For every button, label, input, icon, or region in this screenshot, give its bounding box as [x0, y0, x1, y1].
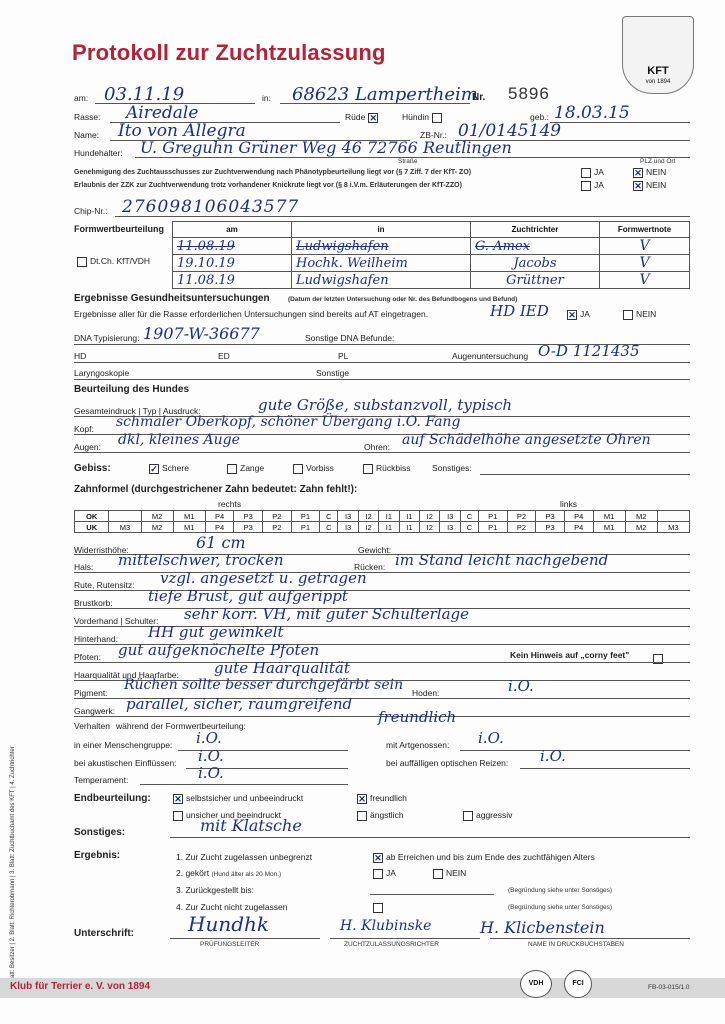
- genehmigung-text: Genehmigung des Zuchtausschusses zur Zuc…: [74, 169, 471, 176]
- name-label: Name:: [74, 130, 99, 140]
- brust-value[interactable]: tiefe Brust, gut aufgerippt: [148, 587, 348, 605]
- tooth-cell: M1: [173, 511, 205, 522]
- fci-logo-icon: FCI: [564, 970, 592, 998]
- tooth-cell: I3: [440, 522, 460, 533]
- tooth-cell: M1: [593, 511, 625, 522]
- tooth-cell: P1: [478, 522, 507, 533]
- dna-value[interactable]: 1907-W-36677: [143, 324, 260, 343]
- tooth-cell: P2: [263, 511, 292, 522]
- tooth-cell: M3: [109, 522, 141, 533]
- signature-pruefungsleiter: Hundhk: [188, 912, 269, 936]
- tooth-cell: I1: [399, 511, 419, 522]
- menschengruppe-value[interactable]: i.O.: [196, 729, 222, 747]
- tooth-cell: M1: [173, 522, 205, 533]
- tooth-cell: M3: [657, 522, 689, 533]
- tooth-cell: P4: [205, 522, 234, 533]
- kopf-value[interactable]: schmaler Oberkopf, schöner Übergang i.O.…: [116, 414, 460, 430]
- vorderhand-value[interactable]: sehr korr. VH, mit guter Schulterlage: [184, 605, 469, 623]
- schere-checkbox[interactable]: ✓: [149, 464, 159, 474]
- genehmigung-ja-checkbox[interactable]: [581, 168, 591, 178]
- gekoert-ja-checkbox[interactable]: [373, 869, 383, 879]
- tooth-cell: I1: [379, 511, 399, 522]
- tooth-cell: P1: [478, 511, 507, 522]
- tooth-cell: OK: [75, 511, 109, 522]
- tooth-cell: [657, 511, 689, 522]
- erlaubnis-text: Erlaubnis der ZZK zur Zuchtverwendung tr…: [74, 182, 462, 189]
- rute-value[interactable]: vzgl. angesetzt u. getragen: [160, 569, 367, 587]
- tooth-cell: M2: [141, 522, 173, 533]
- vorbiss-checkbox[interactable]: [293, 464, 303, 474]
- akustisch-value[interactable]: i.O.: [198, 747, 224, 765]
- aggressiv-checkbox[interactable]: [463, 811, 473, 821]
- huendin-label: Hündin: [402, 112, 445, 123]
- am-label: am:: [74, 93, 88, 103]
- tooth-cell: C: [320, 522, 338, 533]
- nr-value: 5896: [508, 84, 550, 104]
- zuchtfaehig-checkbox[interactable]: ✕: [373, 853, 383, 863]
- gesundheit-title: Ergebnisse Gesundheitsuntersuchungen: [74, 293, 270, 304]
- widerrist-value[interactable]: 61 cm: [196, 533, 246, 552]
- haar-value[interactable]: gute Haarqualität: [214, 659, 350, 677]
- dt-ch-checkbox[interactable]: [77, 257, 87, 267]
- tooth-cell: C: [460, 511, 478, 522]
- rasse-label: Rasse:: [74, 112, 100, 122]
- copy-distribution-note: 1. Blatt: Besitzer | 2. Blatt: Richterob…: [10, 746, 16, 990]
- page-title: Protokoll zur Zuchtzulassung: [72, 40, 386, 66]
- gesundheit-handwritten: HD IED: [490, 302, 549, 320]
- kft-club-logo-icon: KFT von 1894: [622, 16, 694, 94]
- pigment-value[interactable]: Rüchen sollte besser durchgefärbt sein: [124, 677, 403, 693]
- tooth-cell: I1: [399, 522, 419, 533]
- tooth-cell: P2: [507, 522, 536, 533]
- ohren-value[interactable]: auf Schädelhöhe angesetzte Ohren: [402, 432, 651, 448]
- tooth-cell: P4: [205, 511, 234, 522]
- vdh-logo-icon: VDH: [520, 970, 552, 998]
- formwert-row: 11.08.19 Ludwigshafen Grüttner V: [173, 272, 690, 289]
- augen-value[interactable]: dkl, kleines Auge: [118, 432, 240, 448]
- selbstsicher-checkbox[interactable]: ✕: [173, 794, 183, 804]
- tooth-cell: I2: [420, 522, 440, 533]
- tooth-cell: I3: [338, 511, 358, 522]
- signature-druckbuchstaben: H. Klicbenstein: [480, 918, 605, 937]
- aengstlich-checkbox[interactable]: [357, 811, 367, 821]
- am-value[interactable]: 03.11.19: [104, 84, 184, 105]
- nicht-zugelassen-checkbox[interactable]: [373, 903, 383, 913]
- hals-value[interactable]: mittelschwer, trocken: [118, 551, 284, 569]
- gangwerk-value[interactable]: parallel, sicher, raumgreifend: [126, 695, 352, 713]
- in-label: in:: [262, 93, 271, 103]
- verhalten-value[interactable]: freundlich: [378, 708, 456, 726]
- gesundheit-nein-checkbox[interactable]: [623, 310, 633, 320]
- genehmigung-nein-checkbox[interactable]: ✕: [633, 168, 643, 178]
- halter-label: Hundehalter:: [74, 148, 123, 158]
- tooth-cell: M2: [625, 522, 657, 533]
- tooth-cell: UK: [75, 522, 109, 533]
- freundlich-checkbox[interactable]: ✕: [357, 794, 367, 804]
- protocol-page: Protokoll zur Zuchtzulassung KFT von 189…: [0, 0, 725, 1024]
- tooth-cell: M2: [141, 511, 173, 522]
- tooth-cell: M2: [625, 511, 657, 522]
- artgenossen-value[interactable]: i.O.: [478, 729, 504, 747]
- gesundheit-ja-checkbox[interactable]: ✕: [567, 310, 577, 320]
- huendin-checkbox[interactable]: [432, 113, 442, 123]
- zahnformel-table: OKM2M1P4P3P2P1CI3I2I1I1I2I3CP1P2P3P4M1M2…: [74, 510, 690, 533]
- footer: Klub für Terrier e. V. von 1894 VDH FCI …: [0, 978, 725, 1024]
- tooth-cell: P2: [507, 511, 536, 522]
- tooth-cell: I1: [379, 522, 399, 533]
- halter-value[interactable]: U. Greguhn Grüner Weg 46 72766 Reutlinge…: [140, 138, 512, 157]
- tooth-cell: P1: [291, 511, 320, 522]
- tooth-cell: P3: [536, 522, 565, 533]
- tooth-cell: I2: [358, 522, 378, 533]
- rasse-value[interactable]: Airedale: [126, 103, 198, 123]
- ruecken-value[interactable]: im Stand leicht nachgebend: [395, 551, 608, 569]
- tooth-cell: I2: [358, 511, 378, 522]
- pfoten-value[interactable]: gut aufgeknöchelte Pfoten: [118, 641, 319, 659]
- tooth-cell: I3: [338, 522, 358, 533]
- formwert-row: 19.10.19 Hochk. Weilheim Jacobs V: [173, 255, 690, 272]
- gekoert-nein-checkbox[interactable]: [433, 869, 443, 879]
- tooth-cell: [109, 511, 141, 522]
- rueckbiss-checkbox[interactable]: [363, 464, 373, 474]
- tooth-cell: P3: [234, 522, 263, 533]
- nr-label: Nr.: [472, 92, 485, 103]
- tooth-cell: P3: [536, 511, 565, 522]
- tooth-cell: P4: [564, 522, 593, 533]
- signature-zuchtrichter: H. Klubinske: [340, 918, 431, 934]
- tooth-cell: P3: [234, 511, 263, 522]
- augenuntersuchung-value[interactable]: O-D 1121435: [538, 342, 640, 360]
- tooth-cell: C: [460, 522, 478, 533]
- ruede-checkbox[interactable]: ✕: [368, 113, 378, 123]
- tooth-cell: P1: [291, 522, 320, 533]
- tooth-cell: I2: [420, 511, 440, 522]
- zange-checkbox[interactable]: [227, 464, 237, 474]
- ruede-label: Rüde✕: [345, 112, 381, 123]
- tooth-cell: M1: [593, 522, 625, 533]
- tooth-cell: C: [320, 511, 338, 522]
- formwert-title: Formwertbeurteilung: [74, 224, 164, 234]
- geb-value[interactable]: 18.03.15: [554, 103, 630, 123]
- unsicher-checkbox[interactable]: [173, 811, 183, 821]
- tooth-cell: P2: [263, 522, 292, 533]
- temperament-value[interactable]: i.O.: [198, 764, 224, 782]
- hoden-value[interactable]: i.O.: [508, 677, 534, 695]
- sonstiges-value[interactable]: mit Klatsche: [200, 816, 302, 835]
- tooth-cell: I3: [440, 511, 460, 522]
- erlaubnis-nein-checkbox[interactable]: ✕: [633, 181, 643, 191]
- erlaubnis-ja-checkbox[interactable]: [581, 181, 591, 191]
- club-name: Klub für Terrier e. V. von 1894: [10, 981, 150, 992]
- chip-label: Chip-Nr.:: [74, 206, 108, 216]
- chip-value[interactable]: 276098106043577: [122, 197, 299, 217]
- form-code: FB-03-015/1.0: [648, 984, 690, 991]
- optisch-value[interactable]: i.O.: [540, 747, 566, 765]
- formwert-row: 11.08.19 Ludwigshafen G. Amex V: [173, 238, 690, 255]
- gesamteindruck-value[interactable]: gute Größe, substanzvoll, typisch: [258, 396, 512, 414]
- in-value[interactable]: 68623 Lampertheim: [292, 84, 478, 105]
- hinterhand-value[interactable]: HH gut gewinkelt: [148, 623, 284, 641]
- tooth-cell: P4: [564, 511, 593, 522]
- formwert-table: am in Zuchtrichter Formwertnote 11.08.19…: [172, 221, 690, 289]
